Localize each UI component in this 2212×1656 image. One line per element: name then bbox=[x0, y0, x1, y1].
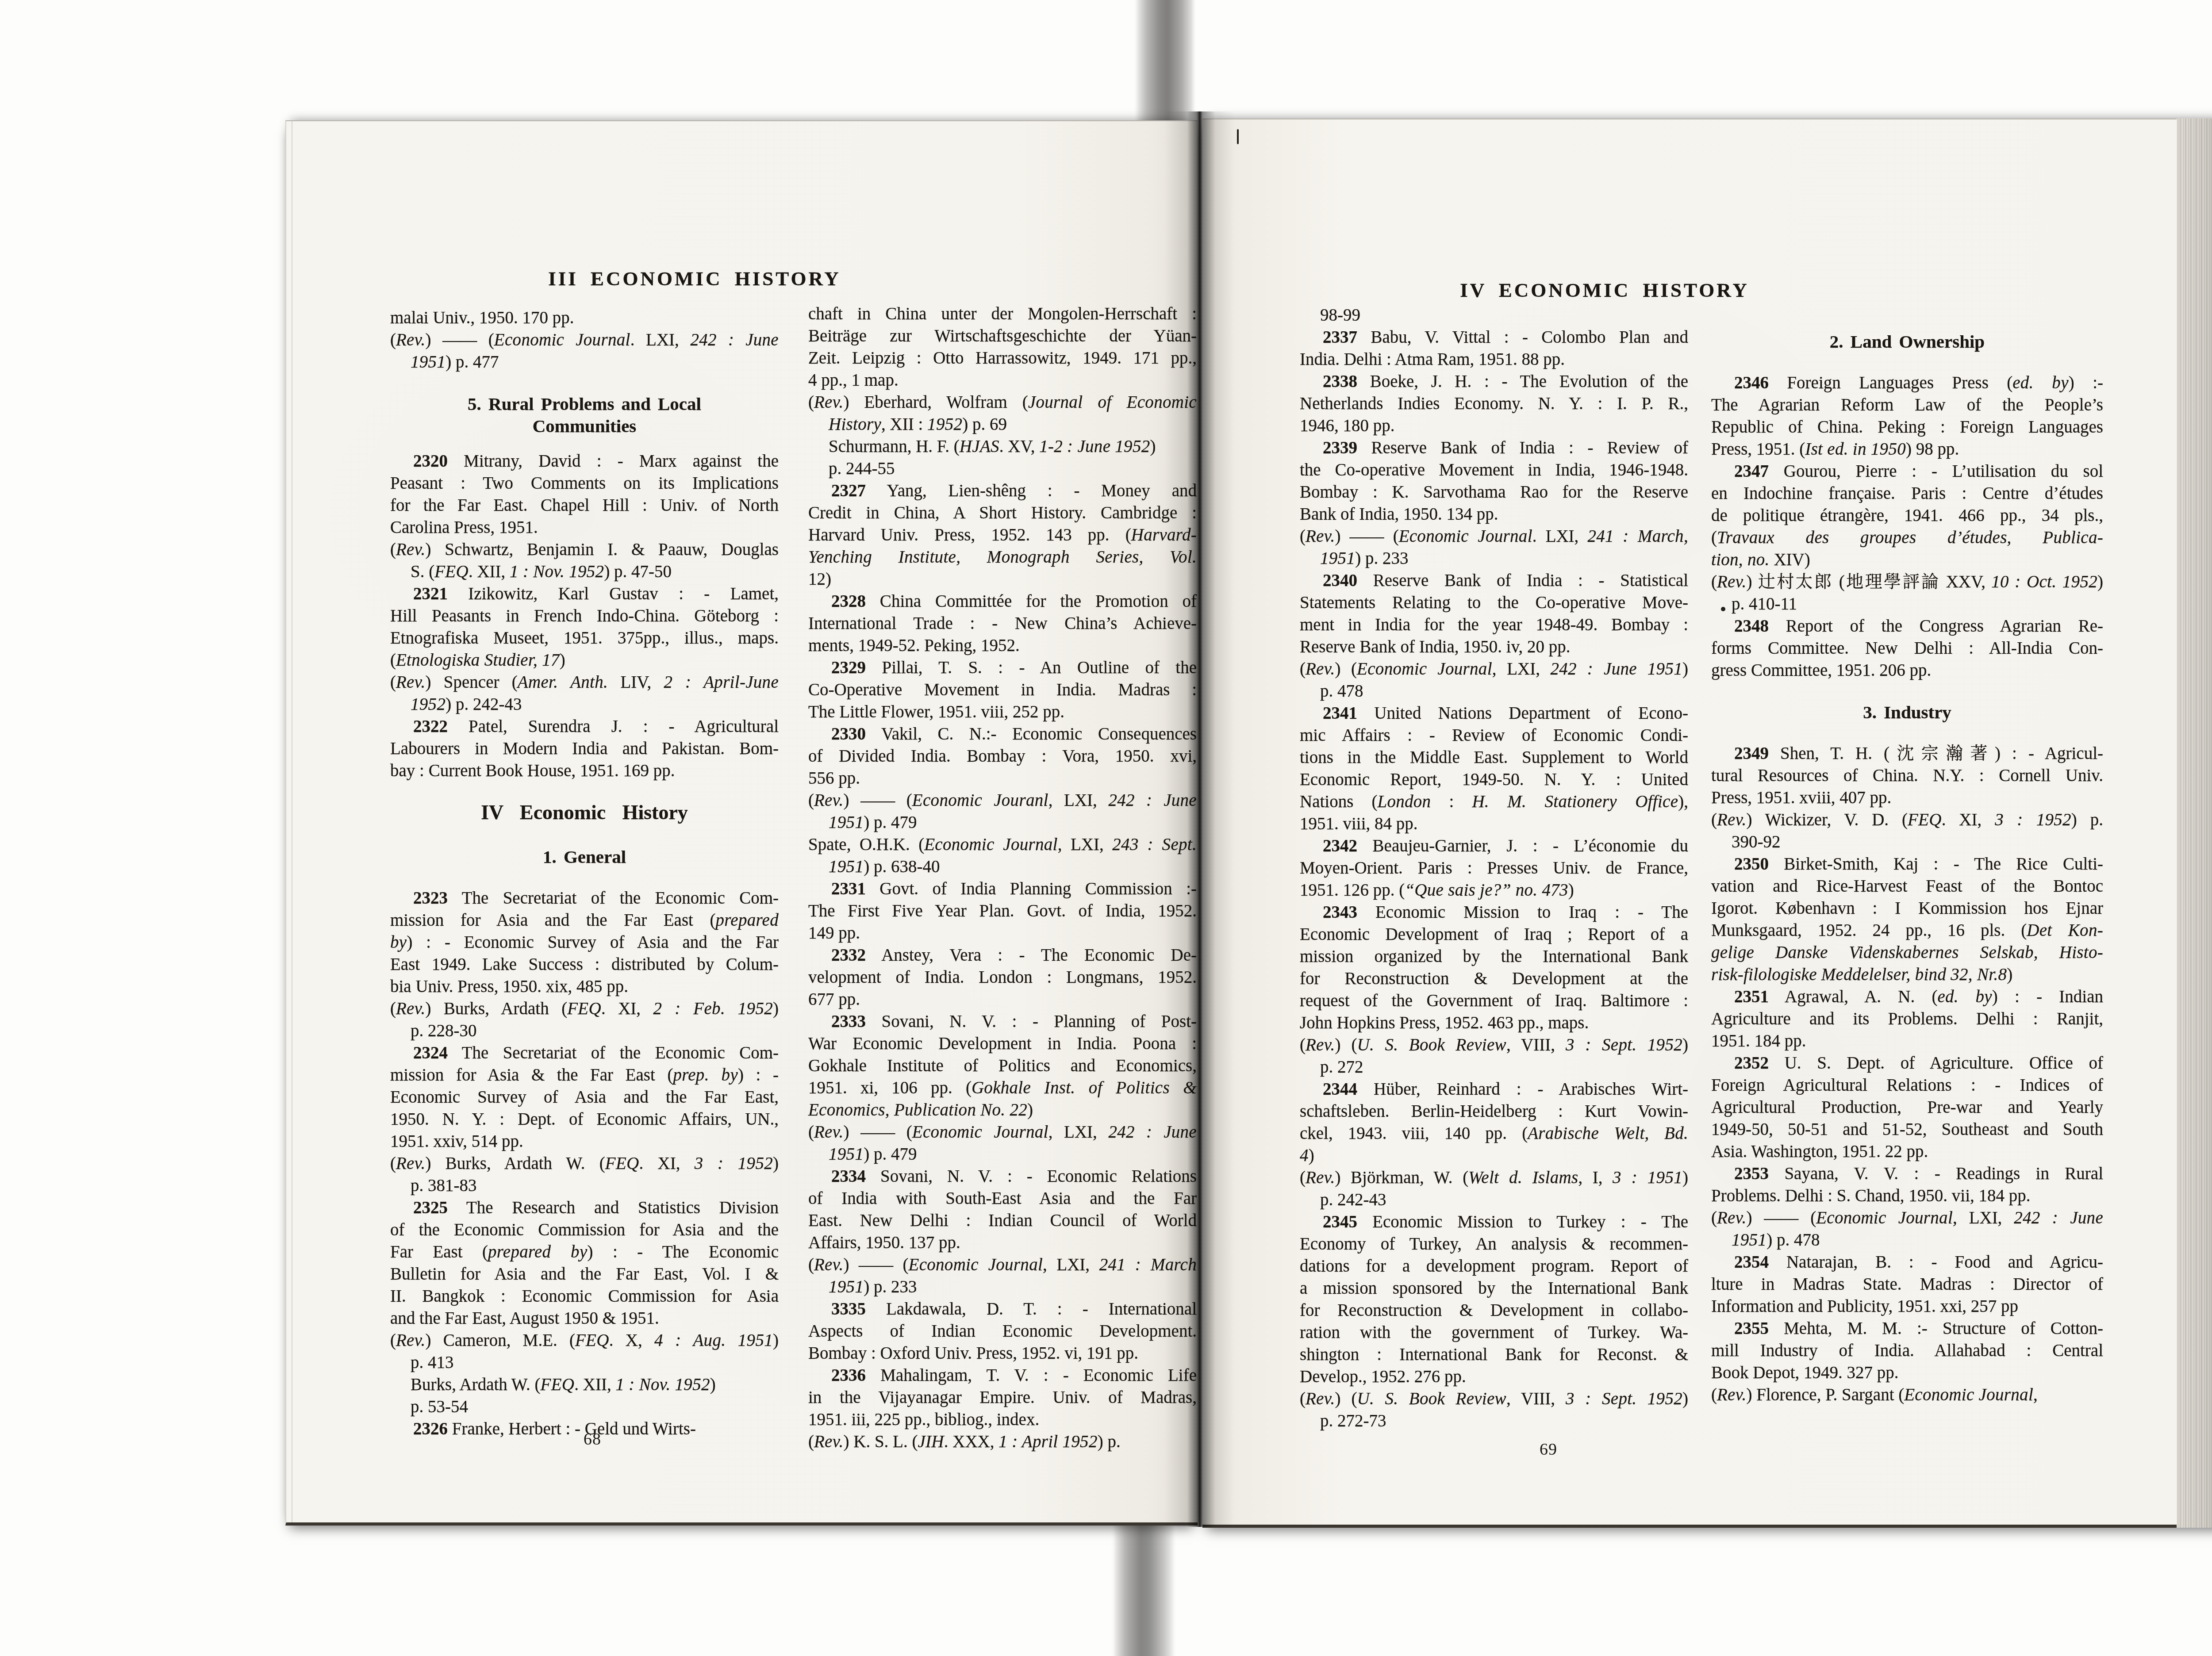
text-line bbox=[390, 782, 779, 801]
text-line: 677 pp. bbox=[808, 989, 1197, 1011]
text-line: Bank of India, 1950. 134 pp. bbox=[1300, 503, 1688, 525]
text-line: Burks, Ardath W. (FEQ. XII, 1 : Nov. 195… bbox=[390, 1374, 779, 1396]
text-line: (Rev.) Burks, Ardath (FEQ. XI, 2 : Feb. … bbox=[390, 998, 779, 1020]
ink-speck bbox=[1721, 607, 1725, 611]
page-left: III ECONOMIC HISTORY malai Univ., 1950. … bbox=[285, 120, 1198, 1526]
text-line: (Rev.) (Economic Journal, LXI, 242 : Jun… bbox=[1300, 658, 1688, 680]
text-line: tions in the Middle East. Supplement to … bbox=[1300, 747, 1688, 769]
text-line: malai Univ., 1950. 170 pp. bbox=[390, 307, 779, 329]
text-line: 1951. xi, 106 pp. (Gokhale Inst. of Poli… bbox=[808, 1077, 1197, 1099]
text-line: Bulletin for Asia and the Far East, Vol.… bbox=[390, 1263, 779, 1285]
text-line: 1951) p. 233 bbox=[1300, 548, 1688, 570]
text-line: Bombay : K. Sarvothama Rao for the Reser… bbox=[1300, 481, 1688, 503]
text-line: 390-92 bbox=[1711, 831, 2103, 853]
text-line: p. 242-43 bbox=[1300, 1189, 1688, 1211]
text-line: 1951. iii, 225 pp., bibliog., index. bbox=[808, 1409, 1197, 1431]
text-line: Beiträge zur Wirtschaftsgeschichte der Y… bbox=[808, 325, 1197, 347]
text-line: mill Industry of India. Allahabad : Cent… bbox=[1711, 1340, 2103, 1362]
text-line: (Rev.) Florence, P. Sargant (Economic Jo… bbox=[1711, 1384, 2103, 1406]
text-line: 2323 The Secretariat of the Economic Com… bbox=[390, 887, 779, 909]
text-line: 2320 Mitrany, David : - Marx against the bbox=[390, 450, 779, 472]
text-line: East. New Delhi : Indian Council of Worl… bbox=[808, 1210, 1197, 1232]
text-line: of the Economic Commission for Asia and … bbox=[390, 1219, 779, 1241]
text-line: 1951) p. 478 bbox=[1711, 1229, 2103, 1251]
text-line: II. Bangkok : Economic Commission for As… bbox=[390, 1285, 779, 1307]
text-line: 2344 Hüber, Reinhard : - Arabisches Wirt… bbox=[1300, 1078, 1688, 1100]
text-line: Munksgaard, 1952. 24 pp., 16 pls. (Det K… bbox=[1711, 920, 2103, 942]
text-line: schaftsleben. Berlin-Heidelberg : Kurt V… bbox=[1300, 1100, 1688, 1123]
text-line: Economics, Publication No. 22) bbox=[808, 1099, 1197, 1121]
text-line: 2352 U. S. Dept. of Agriculture. Office … bbox=[1711, 1052, 2103, 1074]
text-line: p. 478 bbox=[1300, 680, 1688, 702]
text-line: (Rev.) 辻村太郎 (地理學評論 XXV, 10 : Oct. 1952) bbox=[1711, 571, 2103, 593]
text-line: 2337 Babu, V. Vittal : - Colombo Plan an… bbox=[1300, 326, 1688, 349]
text-line: Carolina Press, 1951. bbox=[390, 517, 779, 539]
text-line: 1951) p. 638-40 bbox=[808, 856, 1197, 878]
text-line: Problems. Delhi : S. Chand, 1950. vii, 1… bbox=[1711, 1185, 2103, 1207]
text-line: Gokhale Institute of Politics and Econom… bbox=[808, 1055, 1197, 1077]
text-line: 2338 Boeke, J. H. : - The Evolution of t… bbox=[1300, 371, 1688, 393]
text-line: chaft in China unter der Mongolen-Herrsc… bbox=[808, 303, 1197, 325]
text-line: (Rev.) Schwartz, Benjamin I. & Paauw, Do… bbox=[390, 539, 779, 561]
text-line: Communities bbox=[390, 415, 779, 437]
text-line: 98-99 bbox=[1300, 304, 1688, 326]
text-line: (Rev.) Wickizer, V. D. (FEQ. XI, 3 : 195… bbox=[1711, 809, 2103, 831]
running-header-right: IV ECONOMIC HISTORY bbox=[1460, 279, 1749, 302]
text-line: Press, 1951. xviii, 407 pp. bbox=[1711, 787, 2103, 809]
book-scan: III ECONOMIC HISTORY malai Univ., 1950. … bbox=[0, 0, 2212, 1656]
text-line: (Rev.) (U. S. Book Review, VIII, 3 : Sep… bbox=[1300, 1388, 1688, 1410]
text-line: vation and Rice-Harvest Feast of the Bon… bbox=[1711, 875, 2103, 897]
book-spine-top bbox=[1136, 0, 1194, 126]
text-line bbox=[390, 868, 779, 887]
text-line: Moyen-Orient. Paris : Presses Univ. de F… bbox=[1300, 857, 1688, 879]
text-line: p. 413 bbox=[390, 1352, 779, 1374]
text-line: 556 pp. bbox=[808, 767, 1197, 790]
text-line: (Rev.) (U. S. Book Review, VIII, 3 : Sep… bbox=[1300, 1034, 1688, 1056]
text-line: Agriculture and its Problems. Delhi : Ra… bbox=[1711, 1008, 2103, 1030]
text-line: Develop., 1952. 276 pp. bbox=[1300, 1366, 1688, 1388]
text-line: Economic Report, 1949-50. N. Y. : United bbox=[1300, 769, 1688, 791]
text-line: The Agrarian Reform Law of the People’s bbox=[1711, 394, 2103, 416]
text-line: (Rev.) Eberhard, Wolfram (Journal of Eco… bbox=[808, 391, 1197, 414]
text-line: 2347 Gourou, Pierre : - L’utilisation du… bbox=[1711, 460, 2103, 483]
text-line: Netherlands Indies Economy. N. Y. : I. P… bbox=[1300, 393, 1688, 415]
text-line: Asia. Washington, 1951. 22 pp. bbox=[1711, 1141, 2103, 1163]
text-line: Press, 1951. (Ist ed. in 1950) 98 pp. bbox=[1711, 438, 2103, 460]
left-column-1: malai Univ., 1950. 170 pp.(Rev.) —— (Eco… bbox=[390, 307, 779, 1440]
text-line: shington : International Bank for Recons… bbox=[1300, 1344, 1688, 1366]
text-line: 1949-50, 50-51 and 51-52, Southeast and … bbox=[1711, 1119, 2103, 1141]
text-line: (Rev.) K. S. L. (JIH. XXX, 1 : April 195… bbox=[808, 1431, 1197, 1453]
text-line: 2321 Izikowitz, Karl Gustav : - Lamet, bbox=[390, 583, 779, 605]
text-line: Etnografiska Museet, 1951. 375pp., illus… bbox=[390, 627, 779, 649]
text-line: 2340 Reserve Bank of India : - Statistic… bbox=[1300, 570, 1688, 592]
text-line: in the Vijayanagar Empire. Univ. of Madr… bbox=[808, 1387, 1197, 1409]
text-line bbox=[390, 826, 779, 846]
text-line: John Hopkins Press, 1952. 463 pp., maps. bbox=[1300, 1012, 1688, 1034]
text-line: p. 228-30 bbox=[390, 1020, 779, 1042]
text-line: gelige Danske Videnskabernes Selskab, Hi… bbox=[1711, 942, 2103, 964]
left-column-2: chaft in China unter der Mongolen-Herrsc… bbox=[808, 303, 1197, 1453]
text-line: 1951. 184 pp. bbox=[1711, 1030, 2103, 1052]
text-line: (Rev.) —— (Economic Journal. LXI, 241 : … bbox=[1300, 525, 1688, 548]
text-line: 5. Rural Problems and Local bbox=[390, 393, 779, 415]
text-line: a mission sponsored by the International… bbox=[1300, 1277, 1688, 1299]
text-line: (Rev.) —— (Economic Journal, LXI, 242 : … bbox=[1711, 1207, 2103, 1229]
text-line: of Divided India. Bombay : Vora, 1950. x… bbox=[808, 745, 1197, 767]
text-line: Igorot. København : I Kommission hos Ejn… bbox=[1711, 897, 2103, 920]
text-line: Aspects of Indian Economic Development. bbox=[808, 1320, 1197, 1342]
text-line: Schurmann, H. F. (HJAS. XV, 1-2 : June 1… bbox=[808, 436, 1197, 458]
text-line: 1951. xxiv, 514 pp. bbox=[390, 1131, 779, 1153]
text-line: 2351 Agrawal, A. N. (ed. by) : - Indian bbox=[1711, 986, 2103, 1008]
text-line: 4 pp., 1 map. bbox=[808, 369, 1197, 391]
text-line: (Etnologiska Studier, 17) bbox=[390, 649, 779, 671]
text-line: (Rev.) Björkman, W. (Welt d. Islams, I, … bbox=[1300, 1167, 1688, 1189]
text-line: and the Far East, August 1950 & 1951. bbox=[390, 1307, 779, 1330]
text-line: Far East (prepared by) : - The Economic bbox=[390, 1241, 779, 1263]
text-line: p. 244-55 bbox=[808, 458, 1197, 480]
text-line: request of the Government of Iraq. Balti… bbox=[1300, 990, 1688, 1012]
text-line: tural Resources of China. N.Y. : Cornell… bbox=[1711, 765, 2103, 787]
text-line: ments, 1949-52. Peking, 1952. bbox=[808, 635, 1197, 657]
text-line bbox=[390, 373, 779, 393]
text-line: bia Univ. Press, 1950. xix, 485 pp. bbox=[390, 976, 779, 998]
text-line: International Trade : - New China’s Achi… bbox=[808, 613, 1197, 635]
text-line: Hill Peasants in French Indo-China. Göte… bbox=[390, 605, 779, 627]
text-line: Affairs, 1950. 137 pp. bbox=[808, 1232, 1197, 1254]
text-line: mission for Asia & the Far East (prep. b… bbox=[390, 1064, 779, 1086]
page-right: IV ECONOMIC HISTORY 98-992337 Babu, V. V… bbox=[1202, 119, 2212, 1528]
text-line: 1951. 126 pp. (“Que sais je?” no. 473) bbox=[1300, 879, 1688, 901]
text-line: risk-filologiske Meddelelser, bind 32, N… bbox=[1711, 964, 2103, 986]
text-line: History, XII : 1952) p. 69 bbox=[808, 414, 1197, 436]
text-line: velopment of India. London : Longmans, 1… bbox=[808, 966, 1197, 989]
text-line: de politique étrangère, 1941. 466 pp., 3… bbox=[1711, 505, 2103, 527]
text-line: 2349 Shen, T. H. (沈宗瀚著) : - Agricul- bbox=[1711, 743, 2103, 765]
text-line: gress Committee, 1951. 206 pp. bbox=[1711, 659, 2103, 682]
fore-edge-page-stack bbox=[2177, 119, 2212, 1528]
text-line: mic Affairs : - Review of Economic Condi… bbox=[1300, 724, 1688, 747]
text-line bbox=[390, 437, 779, 450]
text-line: for Reconstruction & Development in coll… bbox=[1300, 1299, 1688, 1322]
text-line: Bombay : Oxford Univ. Press, 1952. vi, 1… bbox=[808, 1342, 1197, 1365]
page-number-right: 69 bbox=[1540, 1440, 1557, 1459]
text-line: lture in Madras State. Madras : Director… bbox=[1711, 1273, 2103, 1296]
text-line: 2327 Yang, Lien-shêng : - Money and bbox=[808, 480, 1197, 502]
book-spine-bottom bbox=[1114, 1518, 1174, 1656]
text-line: 2346 Foreign Languages Press (ed. by) :- bbox=[1711, 372, 2103, 394]
text-line: mission for Asia and the Far East (prepa… bbox=[390, 909, 779, 931]
text-line: p. 272-73 bbox=[1300, 1410, 1688, 1432]
text-line: Harvard Univ. Press, 1952. 143 pp. (Harv… bbox=[808, 524, 1197, 546]
text-line: India. Delhi : Atma Ram, 1951. 88 pp. bbox=[1300, 349, 1688, 371]
running-header-left: III ECONOMIC HISTORY bbox=[548, 267, 841, 290]
right-column-2: 2. Land Ownership 2346 Foreign Languages… bbox=[1711, 330, 2103, 1406]
text-line: dations for a development program. Repor… bbox=[1300, 1255, 1688, 1277]
right-column-1: 98-992337 Babu, V. Vittal : - Colombo Pl… bbox=[1300, 304, 1688, 1432]
text-line bbox=[1711, 723, 2103, 743]
text-line: 1946, 180 pp. bbox=[1300, 415, 1688, 437]
text-line: Reserve Bank of India, 1950. iv, 20 pp. bbox=[1300, 636, 1688, 658]
text-line: Peasant : Two Comments on its Implicatio… bbox=[390, 472, 779, 494]
text-line: 2343 Economic Mission to Iraq : - The bbox=[1300, 901, 1688, 924]
text-line: Zeit. Leipzig : Otto Harrassowitz, 1949.… bbox=[808, 347, 1197, 369]
page-number-left: 68 bbox=[584, 1430, 601, 1449]
text-line: War Economic Development in India. Poona… bbox=[808, 1033, 1197, 1055]
text-line: tion, no. XIV) bbox=[1711, 549, 2103, 571]
text-line: 2325 The Research and Statistics Divisio… bbox=[390, 1197, 779, 1219]
text-line: (Rev.) —— (Economic Journal, LXI, 242 : … bbox=[808, 1121, 1197, 1143]
text-line: 2354 Natarajan, B. : - Food and Agricu- bbox=[1711, 1251, 2103, 1273]
text-line: (Rev.) —— (Economic Jouranl, LXI, 242 : … bbox=[808, 790, 1197, 812]
text-line: IV Economic History bbox=[390, 801, 779, 826]
text-line: S. (FEQ. XII, 1 : Nov. 1952) p. 47-50 bbox=[390, 561, 779, 583]
text-line: 3. Industry bbox=[1711, 701, 2103, 723]
text-line: 2333 Sovani, N. V. : - Planning of Post- bbox=[808, 1011, 1197, 1033]
text-line: by) : - Economic Survey of Asia and the … bbox=[390, 931, 779, 954]
text-line: 1951) p. 479 bbox=[808, 1143, 1197, 1165]
text-line: The First Five Year Plan. Govt. of India… bbox=[808, 900, 1197, 922]
text-line bbox=[1711, 353, 2103, 372]
text-line: 2345 Economic Mission to Turkey : - The bbox=[1300, 1211, 1688, 1233]
text-line: for the Far East. Chapel Hill : Univ. of… bbox=[390, 494, 779, 517]
text-line: Labourers in Modern India and Pakistan. … bbox=[390, 738, 779, 760]
text-line: Republic of China. Peking : Foreign Lang… bbox=[1711, 416, 2103, 438]
text-line: p. 53-54 bbox=[390, 1396, 779, 1418]
text-line: East 1949. Lake Success : distributed by… bbox=[390, 954, 779, 976]
text-line: (Rev.) Spencer (Amer. Anth. LIV, 2 : Apr… bbox=[390, 671, 779, 694]
text-line: the Co-operative Movement in India, 1946… bbox=[1300, 459, 1688, 481]
text-line: Economic Survey of Asia and the Far East… bbox=[390, 1086, 779, 1108]
text-line: 2336 Mahalingam, T. V. : - Economic Life bbox=[808, 1365, 1197, 1387]
text-line: 2329 Pillai, T. S. : - An Outline of the bbox=[808, 657, 1197, 679]
text-line: 2348 Report of the Congress Agrarian Re- bbox=[1711, 615, 2103, 637]
text-line: 12) bbox=[808, 568, 1197, 590]
text-line: Credit in China, A Short History. Cambri… bbox=[808, 502, 1197, 524]
text-line: (Rev.) Burks, Ardath W. (FEQ. XI, 3 : 19… bbox=[390, 1153, 779, 1175]
text-line: Yenching Institute, Monograph Series, Vo… bbox=[808, 546, 1197, 568]
text-line: Co-Operative Movement in India. Madras : bbox=[808, 679, 1197, 701]
text-line: Agricultural Production, Pre-war and Yea… bbox=[1711, 1096, 2103, 1119]
text-line: 2353 Sayana, V. V. : - Readings in Rural bbox=[1711, 1163, 2103, 1185]
text-line: 2331 Govt. of India Planning Commission … bbox=[808, 878, 1197, 900]
text-line: ration with the government of Turkey. Wa… bbox=[1300, 1322, 1688, 1344]
text-line: p. 272 bbox=[1300, 1056, 1688, 1078]
text-line: (Rev.) —— (Economic Journal. LXI, 242 : … bbox=[390, 329, 779, 351]
ink-speck bbox=[1237, 129, 1239, 144]
text-line: 2355 Mehta, M. M. :- Structure of Cotton… bbox=[1711, 1318, 2103, 1340]
text-line: 1951) p. 479 bbox=[808, 812, 1197, 834]
text-line: 1950. N. Y. : Dept. of Economic Affairs,… bbox=[390, 1108, 779, 1131]
text-line: (Rev.) —— (Economic Journal, LXI, 241 : … bbox=[808, 1254, 1197, 1276]
text-line: The Little Flower, 1951. viii, 252 pp. bbox=[808, 701, 1197, 723]
text-line: 2. Land Ownership bbox=[1711, 330, 2103, 353]
text-line: Nations (London : H. M. Stationery Offic… bbox=[1300, 791, 1688, 813]
text-line: Statements Relating to the Co-operative … bbox=[1300, 592, 1688, 614]
text-line: 149 pp. bbox=[808, 922, 1197, 944]
text-line: 2322 Patel, Surendra J. : - Agricultural bbox=[390, 716, 779, 738]
text-line bbox=[1711, 682, 2103, 701]
text-line: 2342 Beaujeu-Garnier, J. : - L’économie … bbox=[1300, 835, 1688, 857]
text-line: bay : Current Book House, 1951. 169 pp. bbox=[390, 760, 779, 782]
text-line: 1. General bbox=[390, 846, 779, 868]
text-line: mission organized by the International B… bbox=[1300, 946, 1688, 968]
text-line: 2339 Reserve Bank of India : - Review of bbox=[1300, 437, 1688, 459]
text-line: ckel, 1943. viii, 140 pp. (Arabische Wel… bbox=[1300, 1123, 1688, 1145]
text-line: 4) bbox=[1300, 1145, 1688, 1167]
text-line: 2350 Birket-Smith, Kaj : - The Rice Cult… bbox=[1711, 853, 2103, 875]
text-line: 2332 Anstey, Vera : - The Economic De- bbox=[808, 944, 1197, 966]
text-line: en Indochine française. Paris : Centre d… bbox=[1711, 483, 2103, 505]
text-line: ment in India for the year 1948-49. Bomb… bbox=[1300, 614, 1688, 636]
text-line: 1951) p. 233 bbox=[808, 1276, 1197, 1298]
text-line: 2330 Vakil, C. N.:- Economic Consequence… bbox=[808, 723, 1197, 745]
text-line: 1951. viii, 84 pp. bbox=[1300, 813, 1688, 835]
text-line: 2324 The Secretariat of the Economic Com… bbox=[390, 1042, 779, 1064]
text-line: Foreign Agricultural Relations : - Indic… bbox=[1711, 1074, 2103, 1096]
text-line: 2328 China Committée for the Promotion o… bbox=[808, 590, 1197, 613]
text-line: 1952) p. 242-43 bbox=[390, 694, 779, 716]
text-line: 2334 Sovani, N. V. : - Economic Relation… bbox=[808, 1165, 1197, 1188]
text-line: Economic Development of Iraq ; Report of… bbox=[1300, 924, 1688, 946]
text-line: p. 381-83 bbox=[390, 1175, 779, 1197]
text-line: (Travaux des groupes d’études, Publica- bbox=[1711, 527, 2103, 549]
text-line: for Reconstruction & Development at the bbox=[1300, 968, 1688, 990]
text-line: 1951) p. 477 bbox=[390, 351, 779, 373]
text-line: Economy of Turkey, An analysis & recomme… bbox=[1300, 1233, 1688, 1255]
text-line: p. 410-11 bbox=[1711, 593, 2103, 615]
text-line: Book Depot, 1949. 327 pp. bbox=[1711, 1362, 2103, 1384]
text-line: of India with South-East Asia and the Fa… bbox=[808, 1188, 1197, 1210]
text-line: Spate, O.H.K. (Economic Journal, LXI, 24… bbox=[808, 834, 1197, 856]
text-line: Information and Publicity, 1951. xxi, 25… bbox=[1711, 1296, 2103, 1318]
text-line: (Rev.) Cameron, M.E. (FEQ. X, 4 : Aug. 1… bbox=[390, 1330, 779, 1352]
text-line: forms Committee. New Delhi : All-India C… bbox=[1711, 637, 2103, 659]
text-line: 2341 United Nations Department of Econo- bbox=[1300, 702, 1688, 724]
text-line: 3335 Lakdawala, D. T. : - International bbox=[808, 1298, 1197, 1320]
